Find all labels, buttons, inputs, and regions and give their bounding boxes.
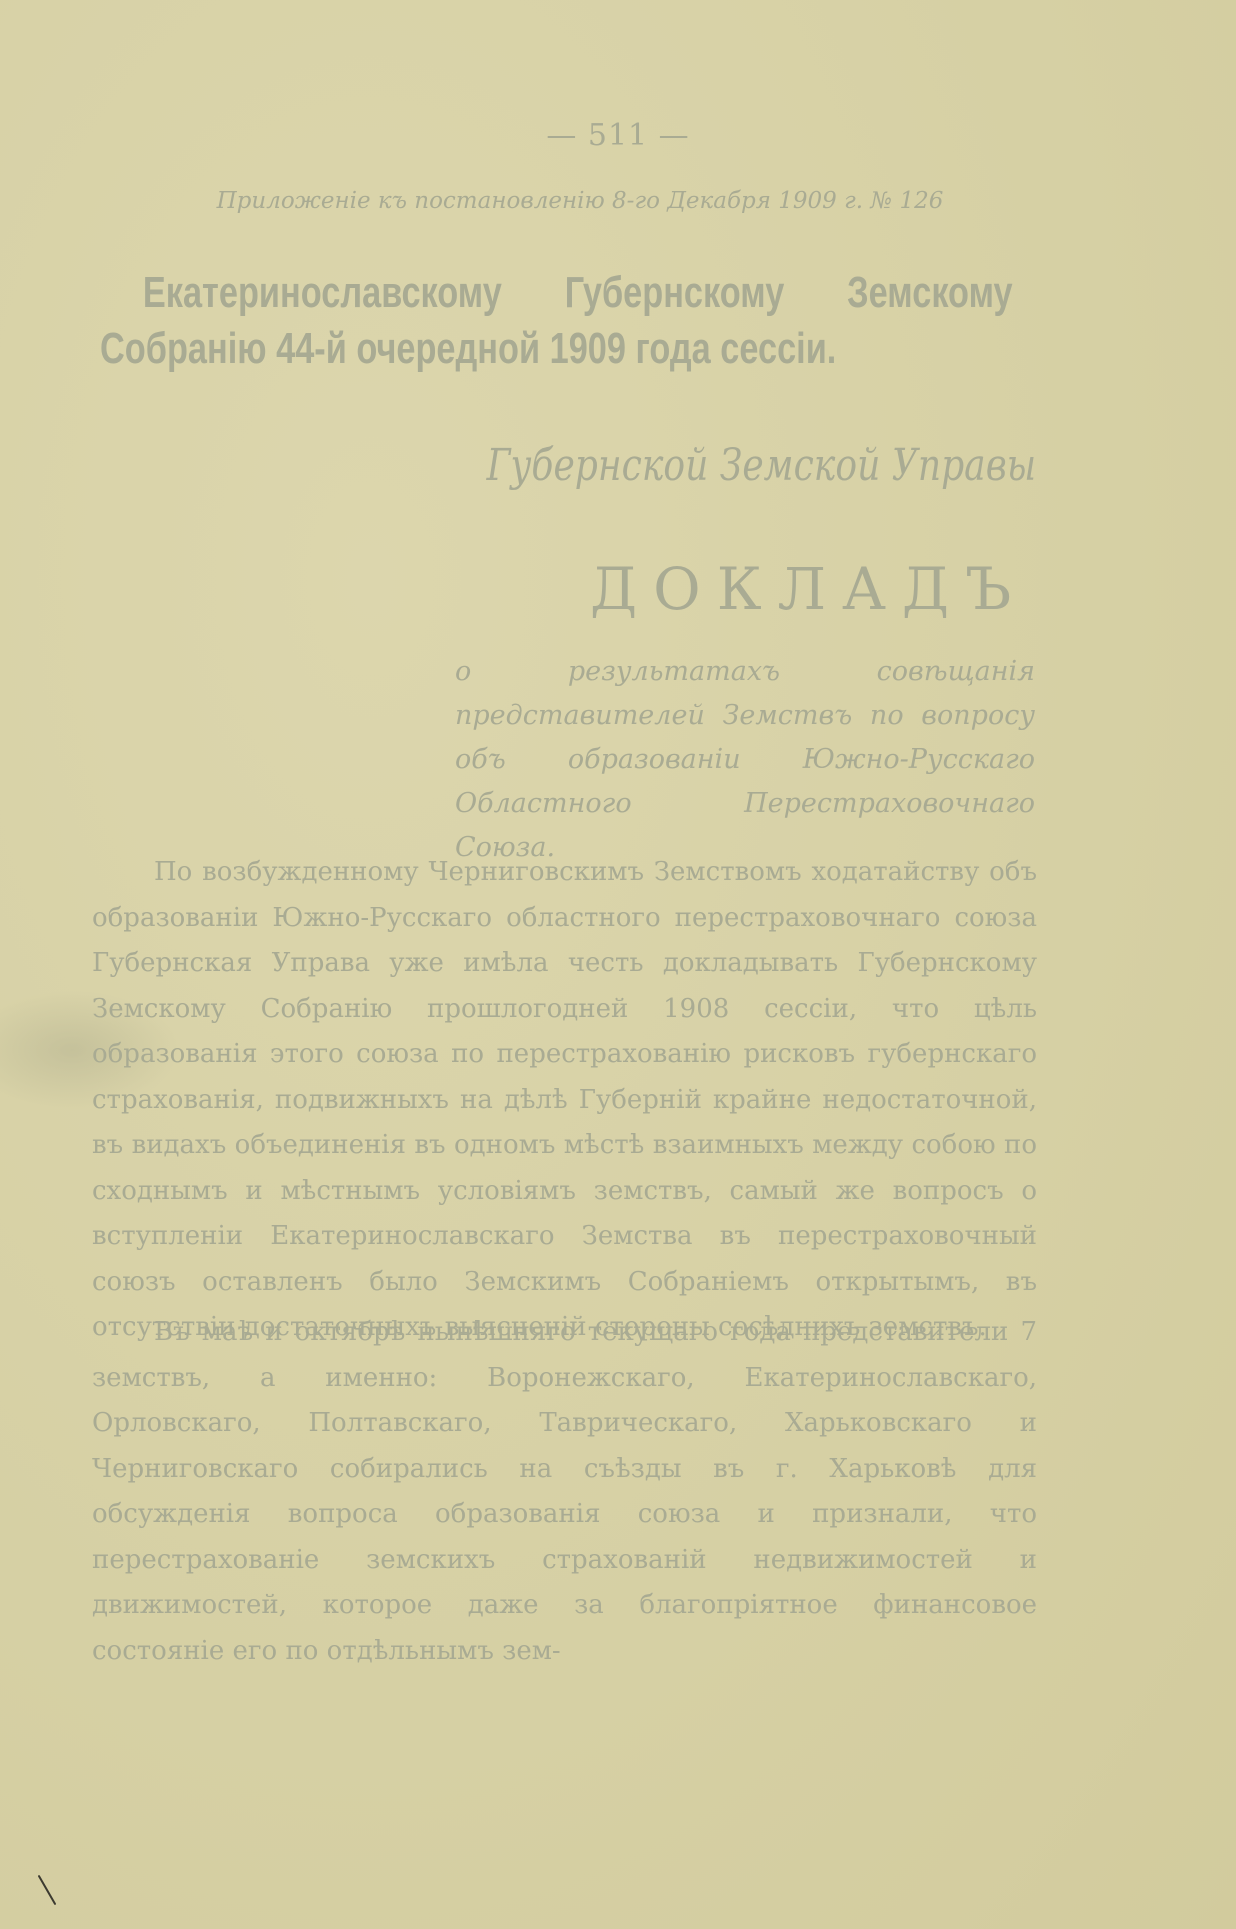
heading-text: Екатеринославскому Губернскому Земскому … bbox=[100, 268, 1013, 373]
paragraph-1-text: По возбужденному Черниговскимъ Земствомъ… bbox=[92, 857, 1037, 1342]
report-title: ДОКЛАДЪ bbox=[590, 555, 1027, 623]
paragraph-2-text: Въ маѣ и октябрѣ нынѣшняго текущаго года… bbox=[92, 1317, 1037, 1666]
paragraph-2: Въ маѣ и октябрѣ нынѣшняго текущаго года… bbox=[92, 1310, 1037, 1674]
heading: Екатеринославскому Губернскому Земскому … bbox=[100, 265, 1013, 377]
report-summary: о результатахъ совѣщанія представителей … bbox=[455, 650, 1035, 870]
board-name: Губернской Земской Управы bbox=[487, 440, 1036, 491]
paragraph-1: По возбужденному Черниговскимъ Земствомъ… bbox=[92, 850, 1037, 1351]
page-number: — 511 — bbox=[0, 118, 1236, 153]
appendix-note: Приложеніе къ постановленію 8-го Декабря… bbox=[140, 188, 1020, 214]
pencil-mark bbox=[38, 1875, 57, 1905]
